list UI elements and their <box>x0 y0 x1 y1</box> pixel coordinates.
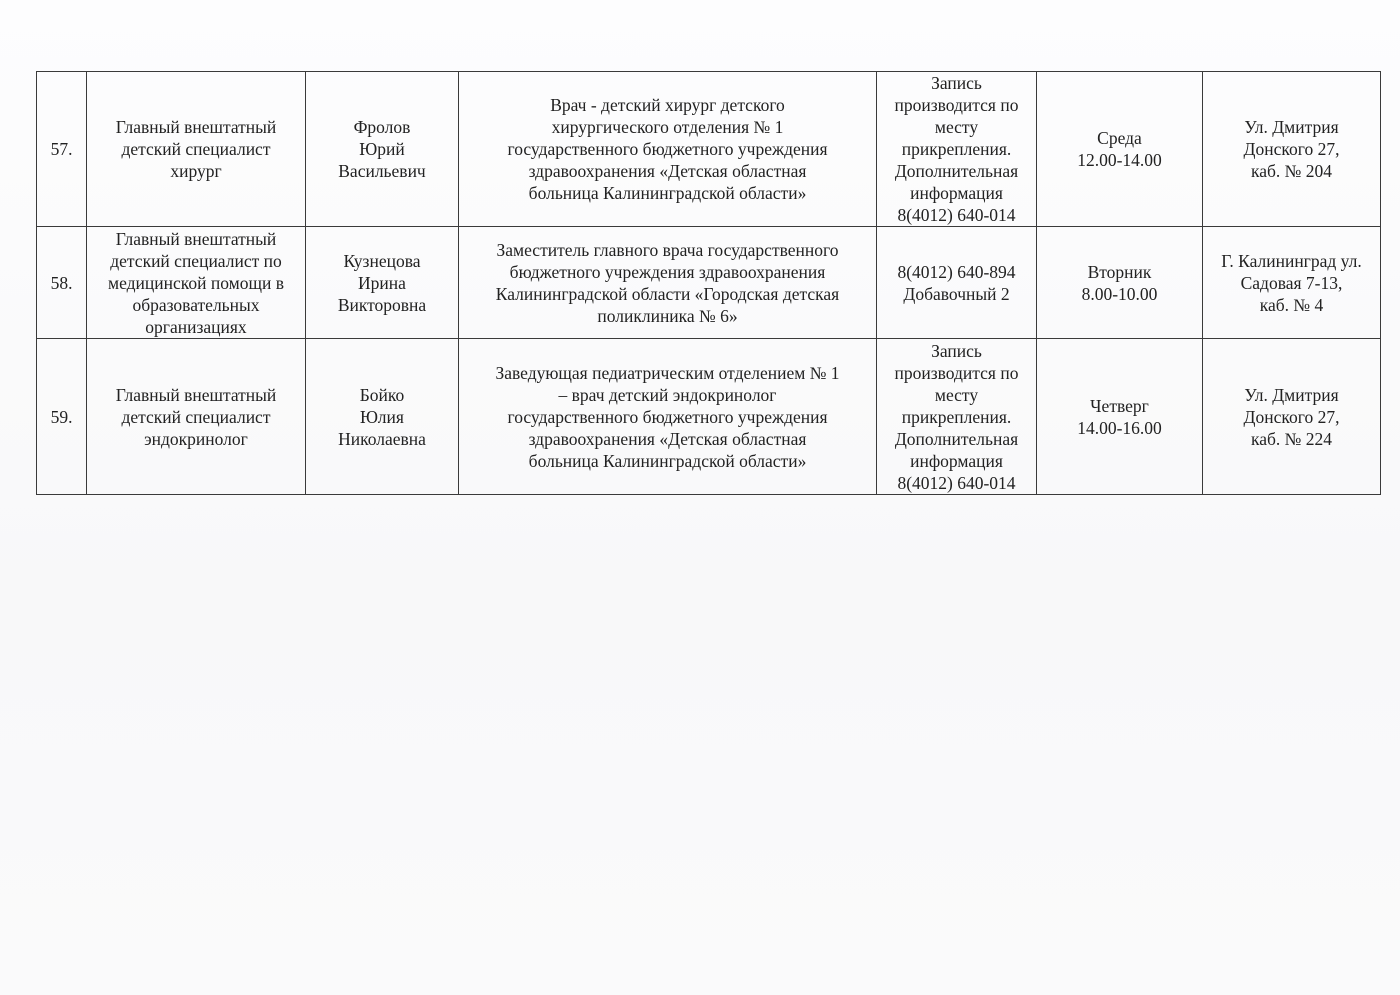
row-number: 59. <box>37 339 87 495</box>
reception-address: Г. Калининград ул. Садовая 7-13, каб. № … <box>1203 227 1381 339</box>
row-number: 57. <box>37 72 87 227</box>
specialist-title: Главный внештатный детский специалист по… <box>87 227 306 339</box>
reception-address: Ул. Дмитрия Донского 27, каб. № 224 <box>1203 339 1381 495</box>
reception-schedule: Среда 12.00-14.00 <box>1037 72 1203 227</box>
table-row: 58. Главный внештатный детский специалис… <box>37 227 1381 339</box>
row-number: 58. <box>37 227 87 339</box>
specialist-name: Кузнецова Ирина Викторовна <box>306 227 459 339</box>
specialist-position: Врач - детский хирург детского хирургиче… <box>459 72 877 227</box>
specialist-position: Заведующая педиатрическим отделением № 1… <box>459 339 877 495</box>
specialist-name: Фролов Юрий Васильевич <box>306 72 459 227</box>
specialist-title: Главный внештатный детский специалист хи… <box>87 72 306 227</box>
specialist-name: Бойко Юлия Николаевна <box>306 339 459 495</box>
table-row: 59. Главный внештатный детский специалис… <box>37 339 1381 495</box>
reception-address: Ул. Дмитрия Донского 27, каб. № 204 <box>1203 72 1381 227</box>
contact-info: 8(4012) 640-894 Добавочный 2 <box>877 227 1037 339</box>
reception-schedule: Четверг 14.00-16.00 <box>1037 339 1203 495</box>
specialists-table: 57. Главный внештатный детский специалис… <box>36 71 1381 495</box>
specialist-position: Заместитель главного врача государственн… <box>459 227 877 339</box>
contact-info: Запись производится по месту прикреплени… <box>877 72 1037 227</box>
table-row: 57. Главный внештатный детский специалис… <box>37 72 1381 227</box>
reception-schedule: Вторник 8.00-10.00 <box>1037 227 1203 339</box>
specialist-title: Главный внештатный детский специалист эн… <box>87 339 306 495</box>
contact-info: Запись производится по месту прикреплени… <box>877 339 1037 495</box>
